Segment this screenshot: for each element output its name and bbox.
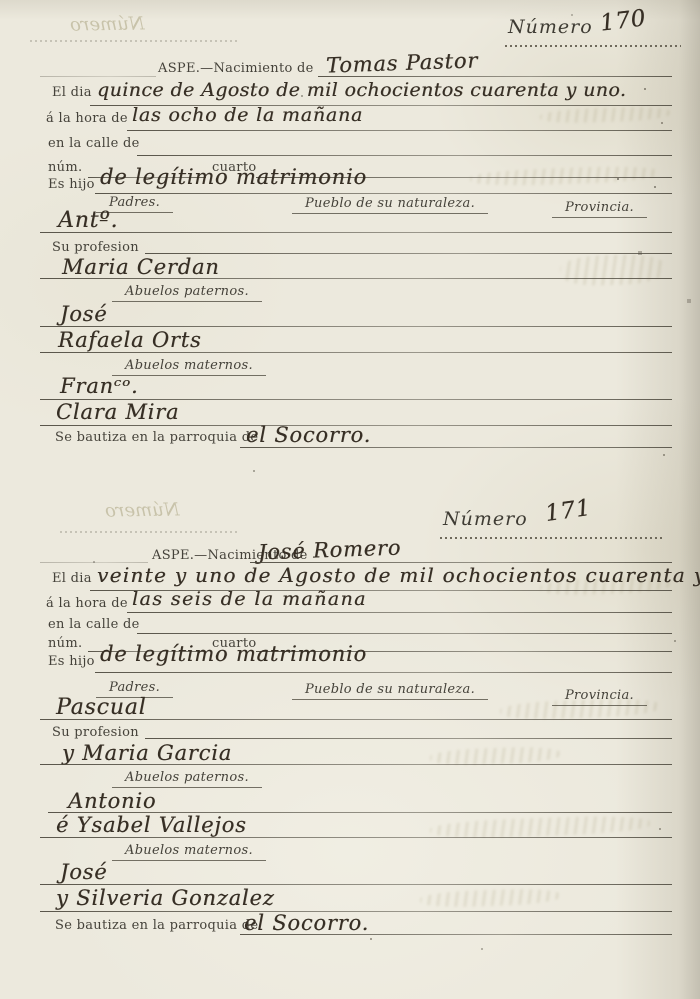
abuelo-materno-value: José (60, 860, 107, 884)
paper-specks (0, 0, 2, 2)
hora-value: las ocho de la mañana (132, 104, 363, 126)
rule-line (318, 76, 672, 77)
dia-label: El dia (52, 85, 92, 100)
rule-line (40, 232, 672, 233)
madre-value: y Maria Garcia (62, 741, 232, 765)
rule-line (145, 738, 672, 739)
rule-line (95, 672, 672, 673)
rule-line (40, 326, 672, 327)
abuelos-paternos-label: Abuelos paternos. (112, 770, 262, 788)
bautiza-label: Se bautiza en la parroquia de (55, 918, 258, 933)
bleed-through-numero-top: Número (70, 13, 145, 35)
calle-label: en la calle de (48, 136, 140, 151)
hijo-value: de legítimo matrimonio (100, 165, 367, 189)
hijo-label: Es hijo (48, 177, 95, 192)
numero-label: Número (508, 16, 593, 38)
abuelo-materno-value: Franᶜᵒ. (60, 374, 138, 398)
profesion-label: Su profesion (52, 725, 139, 740)
rule-line (40, 278, 672, 279)
parroquia-value: el Socorro. (244, 911, 369, 935)
hijo-value: de legítimo matrimonio (100, 642, 367, 666)
dia-value: veinte y uno de Agosto de mil ochociento… (97, 563, 700, 587)
abuelos-maternos-label: Abuelos maternos. (112, 843, 266, 861)
newborn-name-value: José Romero (258, 536, 402, 565)
rule-line (40, 76, 156, 77)
hora-label: á la hora de (46, 596, 128, 611)
abuela-materna-value: Clara Mira (56, 400, 179, 424)
registry-page: Número Número Número 170 ASPE.—Nacimient… (0, 0, 700, 999)
madre-value: Maria Cerdan (62, 255, 220, 279)
hora-label: á la hora de (46, 111, 128, 126)
dia-label: El dia (52, 571, 92, 586)
abuela-paterna-value: Rafaela Orts (58, 328, 202, 352)
parroquia-value: el Socorro. (246, 423, 371, 447)
bleed-through-smudge (560, 253, 666, 287)
rule-line (40, 352, 672, 353)
num-label: núm. (48, 160, 82, 175)
hijo-label: Es hijo (48, 654, 95, 669)
dia-value: quince de Agosto de mil ochocientos cuar… (97, 79, 626, 101)
bleed-through-dotted-line-top (30, 40, 240, 42)
rule-line (40, 837, 672, 838)
bleed-through-dotted-line-mid (60, 531, 240, 533)
num-label: núm. (48, 636, 82, 651)
bleed-through-smudge (540, 106, 670, 125)
abuelo-paterno-value: José (60, 302, 107, 326)
record-title-label: ASPE.—Nacimiento de (158, 61, 314, 76)
rule-line (95, 193, 672, 194)
bleed-through-smudge (470, 165, 660, 188)
padre-value: Antº. (58, 208, 118, 233)
provincia-column-header: Provincia. (552, 200, 647, 218)
rule-line (40, 764, 672, 765)
padre-value: Pascual (56, 695, 146, 720)
abuela-paterna-value: é Ysabel Vallejos (56, 813, 247, 837)
provincia-column-header: Provincia. (552, 688, 647, 706)
rule-line (40, 719, 672, 720)
abuelo-paterno-value: Antonio (68, 789, 156, 813)
abuela-materna-value: y Silveria Gonzalez (56, 886, 275, 910)
pueblo-column-header: Pueblo de su naturaleza. (292, 682, 488, 700)
pueblo-column-header: Pueblo de su naturaleza. (292, 196, 488, 214)
newborn-name-value: Tomas Pastor (326, 48, 479, 77)
bleed-through-smudge (420, 888, 560, 909)
rule-line (127, 130, 672, 131)
rule-line (240, 934, 672, 935)
hora-value: las seis de la mañana (132, 588, 367, 610)
record-number-value: 171 (543, 495, 592, 527)
numero-dotted-line (440, 537, 665, 539)
record-number-value: 170 (599, 5, 648, 36)
numero-dotted-line (505, 45, 681, 47)
rule-line (40, 884, 672, 885)
numero-label: Número (443, 508, 528, 530)
abuelos-paternos-label: Abuelos paternos. (112, 284, 262, 302)
rule-line (145, 253, 672, 254)
bleed-through-numero-mid: Número (105, 499, 180, 521)
rule-line (137, 633, 672, 634)
bautiza-label: Se bautiza en la parroquia de (55, 430, 258, 445)
calle-label: en la calle de (48, 617, 140, 632)
bleed-through-smudge (430, 814, 650, 840)
rule-line (240, 447, 672, 448)
rule-line (137, 155, 672, 156)
profesion-label: Su profesion (52, 240, 139, 255)
rule-line (127, 612, 672, 613)
